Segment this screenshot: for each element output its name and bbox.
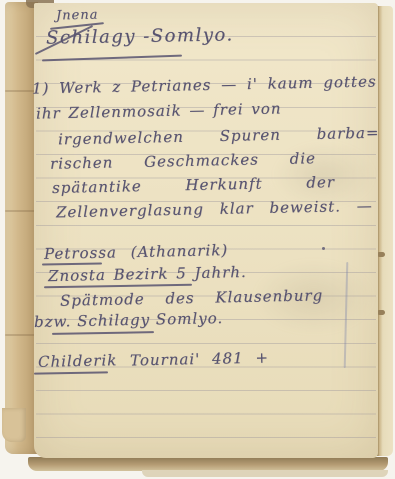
- section-line: Petrossa (Athanarik): [44, 241, 229, 263]
- notebook-page: Jnena Schilagy -Somlyo. 1) Werk z Petria…: [34, 3, 378, 458]
- bottom-page-edges: [142, 470, 388, 477]
- footer-note: Tournai' 481 +: [130, 349, 269, 370]
- binding-bottom-stub: [2, 408, 26, 442]
- notebook-scan: Jnena Schilagy -Somlyo. 1) Werk z Petria…: [0, 0, 395, 479]
- page-title: Schilagy -Somlyo.: [46, 24, 234, 48]
- page-stack-edge: [376, 6, 393, 456]
- footer-name: Childerik: [38, 351, 118, 371]
- bottom-scan-shadow: [28, 457, 388, 471]
- page-edge-notch: [377, 252, 385, 257]
- ink-dot: [322, 247, 325, 250]
- insert-word: Jnena: [56, 8, 99, 24]
- page-edge-notch: [377, 310, 385, 315]
